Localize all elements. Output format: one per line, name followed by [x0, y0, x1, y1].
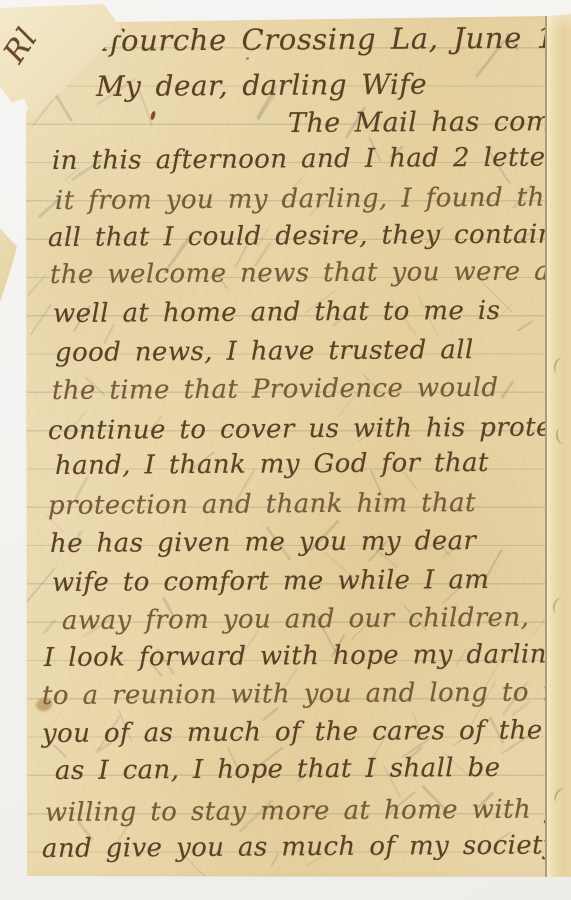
letter-line: hand, I thank my God for that	[55, 448, 489, 481]
edge-writing-fragment	[552, 357, 568, 376]
paper-sliver	[0, 228, 20, 304]
letter-line: good news, I have trusted all	[55, 335, 474, 368]
letter-line: the welcome news that you were all	[50, 256, 568, 290]
letter-line: to a reunion with you and long to reliev…	[42, 677, 571, 711]
letter-line: well at home and that to me is	[53, 296, 501, 329]
letter-line: wife to comfort me while I am	[52, 565, 490, 598]
letter-line: continue to cover us with his protecting	[48, 412, 571, 446]
salutation: My dear, darling Wife	[96, 68, 427, 103]
scanned-letter: Lafourche Crossing La, June 16th 1863 My…	[0, 0, 571, 900]
letter-line: willing to stay more at home with you	[45, 794, 571, 828]
letter-line: all that I could desire, they contained	[48, 219, 571, 253]
letter-line: I look forward with hope my darling	[44, 639, 564, 673]
letter-line: as I can, I hope that I shall be	[55, 753, 501, 786]
dateline: Lafourche Crossing La, June 16th 1863	[72, 20, 571, 58]
edge-writing-fragment	[552, 786, 570, 806]
letter-line: you of as much of the cares of the Famil…	[42, 715, 571, 749]
letter-line: away from you and our children,	[62, 603, 529, 636]
letter-line: in this afternoon and I had 2 letters in	[52, 142, 571, 176]
corner-note: Rl	[0, 22, 45, 70]
letter-line: the time that Providence would	[52, 373, 499, 406]
letter-line: it from you my darling, I found them	[55, 182, 571, 216]
edge-writing-fragment	[551, 597, 567, 616]
fold-strip-highlight	[547, 0, 571, 28]
page-fold-strip	[545, 0, 571, 900]
opening-line: The Mail has come	[288, 106, 568, 139]
letter-line: he has given me you my dear	[50, 526, 477, 559]
letter-paper: Lafourche Crossing La, June 16th 1863 My…	[0, 0, 571, 900]
letter-line: protection and thank him that	[48, 488, 476, 521]
letter-line: and give you as much of my society	[42, 830, 558, 864]
edge-writing-fragment	[554, 427, 569, 445]
